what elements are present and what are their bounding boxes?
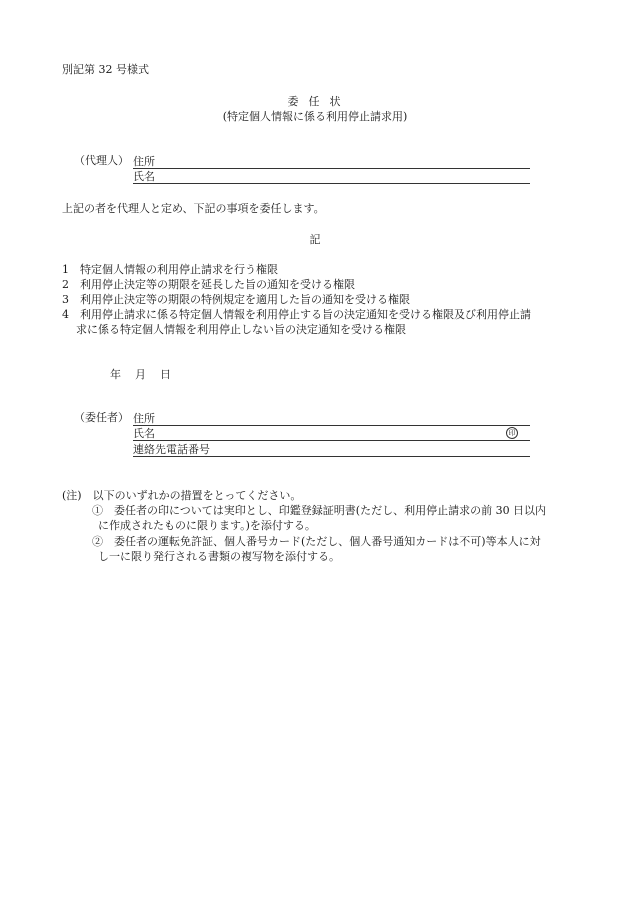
list-item: 1特定個人情報の利用停止請求を行う権限 <box>62 264 278 275</box>
form-number: 別記第 32 号様式 <box>62 64 149 75</box>
list-item-continuation: 求に係る特定個人情報を利用停止しない旨の決定通知を受ける権限 <box>76 324 406 335</box>
document-title: 委任状 <box>0 96 630 107</box>
document-subtitle: (特定個人情報に係る利用停止請求用) <box>0 111 630 122</box>
principal-phone-field[interactable]: 連絡先電話番号 <box>133 442 530 457</box>
agent-name-label: 氏名 <box>133 171 155 182</box>
note-item-1-continuation: に作成されたものに限ります。)を添付する。 <box>98 520 316 531</box>
principal-address-label: 住所 <box>133 413 155 424</box>
list-item: 4利用停止請求に係る特定個人情報を利用停止する旨の決定通知を受ける権限及び利用停… <box>62 309 531 320</box>
principal-name-label: 氏名 <box>133 428 155 439</box>
principal-phone-label: 連絡先電話番号 <box>133 444 210 455</box>
principal-address-field[interactable]: 住所 <box>133 411 530 426</box>
notes-header: (注) 以下のいずれかの措置をとってください。 <box>62 490 301 501</box>
list-item: 3利用停止決定等の期限の特例規定を適用した旨の通知を受ける権限 <box>62 294 410 305</box>
day-label: 日 <box>160 368 171 381</box>
delegation-statement: 上記の者を代理人と定め、下記の事項を委任します。 <box>62 203 325 214</box>
note-item-1: ① 委任者の印については実印とし、印鑑登録証明書(ただし、利用停止請求の前 30… <box>92 505 546 516</box>
agent-label: （代理人） <box>74 155 129 166</box>
agent-address-field[interactable]: 住所 <box>133 154 530 169</box>
date-line: 年月日 <box>110 369 185 380</box>
note-item-2-continuation: し一に限り発行される書類の複写物を添付する。 <box>98 551 340 562</box>
note-item-2: ② 委任者の運転免許証、個人番号カード(ただし、個人番号通知カードは不可)等本人… <box>92 536 541 547</box>
year-label: 年 <box>110 368 121 381</box>
principal-name-field[interactable]: 氏名 印 <box>133 426 530 441</box>
ki-heading: 記 <box>0 234 630 245</box>
agent-name-field[interactable]: 氏名 <box>133 169 530 184</box>
seal-mark-icon: 印 <box>506 427 518 439</box>
agent-address-label: 住所 <box>133 156 155 167</box>
month-label: 月 <box>135 368 146 381</box>
list-item: 2利用停止決定等の期限を延長した旨の通知を受ける権限 <box>62 279 355 290</box>
principal-label: （委任者） <box>74 412 129 423</box>
